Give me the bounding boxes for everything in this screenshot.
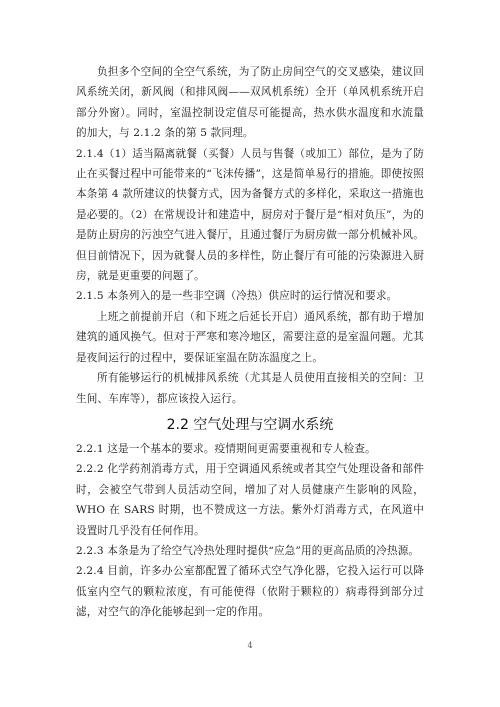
- page-content: 负担多个空间的全空气系统，为了防止房间空气的交叉感染，建议回风系统关闭，新风阀（…: [76, 62, 424, 623]
- paragraph-2-2-1: 2.2.1 这是一个基本的要求。疫情期间更需要重视和专人检查。: [76, 439, 424, 459]
- section-heading: 2.2 空气处理与空调水系统: [76, 415, 424, 435]
- paragraph-2-1-5: 2.1.5 本条列入的是一些非空调（冷热）供应时的运行情况和要求。: [76, 286, 424, 306]
- paragraph-ventilation-timing: 上班之前提前开启（和下班之后延长开启）通风系统，都有助于增加建筑的通风换气。但对…: [76, 307, 424, 368]
- document-page: 负担多个空间的全空气系统，为了防止房间空气的交叉感染，建议回风系统关闭，新风阀（…: [0, 0, 500, 707]
- paragraph-exhaust-systems: 所有能够运行的机械排风系统（尤其是人员使用直接相关的空间：卫生间、车库等），都应…: [76, 368, 424, 409]
- paragraph-2-2-3: 2.2.3 本条是为了给空气冷热处理时提供“应急”用的更高品质的冷热源。: [76, 541, 424, 561]
- paragraph-2-1-4: 2.1.4（1）适当隔离就餐（买餐）人员与售餐（或加工）部位，是为了防止在买餐过…: [76, 144, 424, 287]
- page-number: 4: [0, 641, 500, 650]
- paragraph-full-air-system: 负担多个空间的全空气系统，为了防止房间空气的交叉感染，建议回风系统关闭，新风阀（…: [76, 62, 424, 144]
- paragraph-2-2-4: 2.2.4 目前，许多办公室都配置了循环式空气净化器，它投入运行可以降低室内空气…: [76, 561, 424, 622]
- paragraph-2-2-2: 2.2.2 化学药剂消毒方式，用于空调通风系统或者其空气处理设备和部件时，会被空…: [76, 459, 424, 541]
